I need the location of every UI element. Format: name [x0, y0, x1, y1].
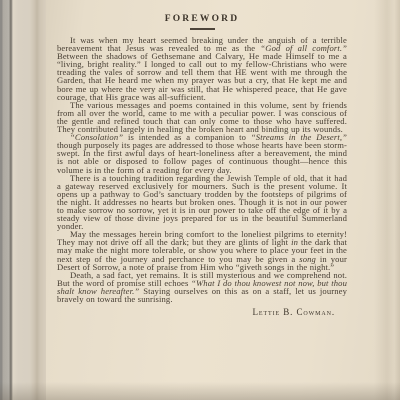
text-segment: There is a touching tradition regarding … — [57, 173, 347, 232]
text-segment: The various messages and poems contained… — [57, 100, 347, 134]
foreword-paragraphs: It was when my heart seemed breaking und… — [57, 36, 347, 303]
page-bottom-shadow — [0, 382, 400, 400]
author-signature: Lettie B. Cowman. — [57, 307, 347, 317]
paragraph: It was when my heart seemed breaking und… — [57, 36, 347, 101]
page-title: FOREWORD — [57, 14, 347, 24]
paragraph: May the messages herein bring comfort to… — [57, 230, 347, 270]
paragraph: The various messages and poems contained… — [57, 101, 347, 133]
text-segment: Between the shadows of Gethsemane and Ca… — [57, 51, 347, 101]
book-photo: FOREWORD It was when my heart seemed bre… — [0, 0, 400, 400]
paragraph: Death, a sad fact, yet remains. It is st… — [57, 271, 347, 303]
page-content: FOREWORD It was when my heart seemed bre… — [57, 14, 347, 317]
paragraph: “Consolation” is intended as a companion… — [57, 133, 347, 173]
paragraph: There is a touching tradition regarding … — [57, 174, 347, 231]
text-segment: though purposely its pages are addressed… — [57, 140, 347, 174]
page-crease-shadow — [374, 0, 400, 400]
title-rule — [190, 28, 215, 30]
book-page-edges — [0, 0, 46, 400]
